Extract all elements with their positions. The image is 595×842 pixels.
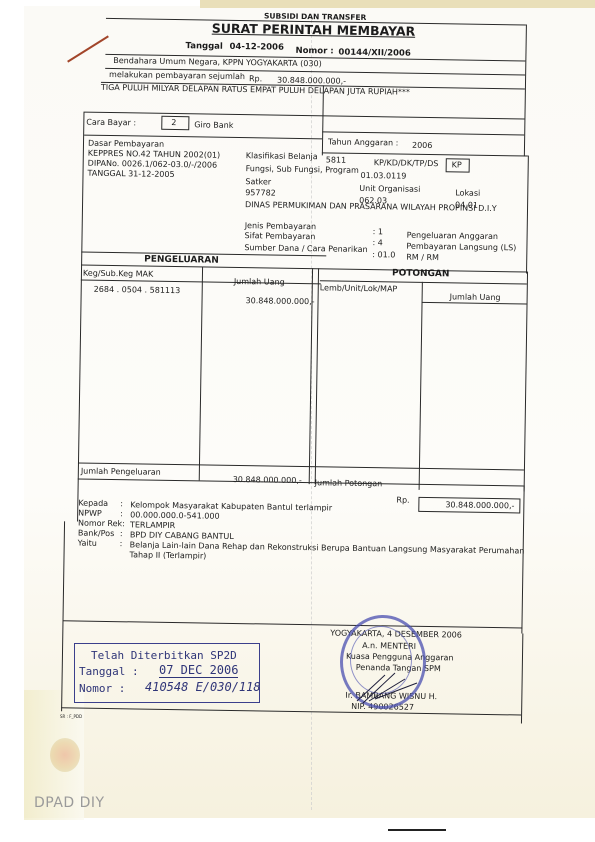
purpose-label: Yaitu bbox=[78, 539, 97, 549]
payment-type-code: : 1 bbox=[373, 227, 383, 237]
classification-type-label: KP/KD/DK/TP/DS bbox=[374, 158, 439, 169]
payment-type-desc: Pengeluaran Anggaran bbox=[407, 231, 499, 242]
currency-label: Rp. bbox=[249, 74, 262, 84]
sp2d-title: Telah Diterbitkan SP2D bbox=[91, 650, 237, 662]
purpose-sep: : bbox=[120, 539, 123, 549]
npwp-sep: : bbox=[120, 509, 123, 519]
classification-type-box: KP bbox=[446, 158, 470, 172]
border-right bbox=[521, 486, 524, 634]
expenditure-row-code: 2684 . 0504 . 581113 bbox=[94, 285, 181, 296]
date-value: 04-12-2006 bbox=[229, 42, 284, 53]
rule bbox=[62, 620, 522, 628]
payer-line: Bendahara Umum Negara, KPPN YOGYAKARTA (… bbox=[113, 56, 322, 69]
unit-label: Unit Organisasi bbox=[359, 184, 420, 195]
rule bbox=[84, 112, 524, 120]
net-amount: 30.848.000.000,- bbox=[445, 500, 514, 511]
satker-value: 957782 bbox=[245, 188, 276, 198]
rule bbox=[422, 302, 527, 305]
spm-form: SUBSIDI DAN TRANSFER SURAT PERINTAH MEMB… bbox=[0, 0, 595, 842]
column-divider bbox=[199, 266, 203, 480]
date-label: Tanggal bbox=[185, 41, 222, 52]
deductions-title: POTONGAN bbox=[392, 268, 450, 279]
archive-watermark: DPAD DIY bbox=[34, 795, 105, 811]
number-label: Nomor : bbox=[295, 46, 333, 57]
payment-nature-label: Sifat Pembayaran bbox=[244, 231, 315, 242]
classification-type-value: KP bbox=[452, 160, 462, 170]
purpose-value-line2: Tahap II (Terlampir) bbox=[129, 550, 206, 561]
expenditure-row-amount: 30.848.000.000,- bbox=[245, 296, 314, 307]
npwp-label: NPWP bbox=[78, 509, 102, 519]
rule bbox=[322, 152, 528, 156]
sp2d-stamp: Telah Diterbitkan SP2D Tanggal : 07 DEC … bbox=[74, 643, 260, 703]
form-title: SURAT PERINTAH MEMBAYAR bbox=[212, 22, 416, 39]
classification-label: Klasifikasi Belanja bbox=[246, 151, 318, 162]
payment-intro: melakukan pembayaran sejumlah bbox=[109, 70, 245, 82]
scan-edge-mark bbox=[388, 829, 446, 831]
recipient-sep: : bbox=[120, 499, 123, 509]
satker-label: Satker bbox=[245, 177, 271, 187]
payment-method-code-box: 2 bbox=[161, 116, 189, 130]
expenditure-total-label: Jumlah Pengeluaran bbox=[81, 467, 161, 478]
deductions-col-code: Lemb/Unit/Lok/MAP bbox=[320, 283, 398, 294]
expenditure-title: PENGELUARAN bbox=[144, 255, 219, 266]
border-right-top bbox=[524, 25, 527, 135]
border-right bbox=[524, 272, 528, 492]
payment-nature-desc: Pembayaran Langsung (LS) bbox=[406, 242, 516, 254]
payment-method-label: Cara Bayar : bbox=[86, 118, 136, 129]
border-right bbox=[526, 156, 529, 274]
signature-scribble bbox=[355, 665, 425, 705]
column-divider bbox=[419, 282, 423, 490]
function-label: Fungsi, Sub Fungsi, Program bbox=[246, 164, 359, 176]
fund-source-label: Sumber Dana / Cara Penarikan bbox=[244, 243, 367, 255]
location-label: Lokasi bbox=[455, 188, 480, 198]
bank-label: Bank/Pos bbox=[78, 529, 115, 540]
payment-nature-code: : 4 bbox=[372, 238, 382, 248]
fund-source-code: : 01.0 bbox=[372, 250, 395, 260]
net-amount-box: 30.848.000.000,- bbox=[418, 497, 520, 514]
basis-line: TANGGAL 31-12-2005 bbox=[87, 169, 174, 180]
border-left bbox=[77, 112, 84, 522]
function-value: 01.03.0119 bbox=[360, 171, 406, 182]
fund-source-desc: RM / RM bbox=[406, 253, 439, 264]
divider bbox=[524, 134, 525, 156]
border-left bbox=[61, 521, 65, 711]
rule bbox=[322, 131, 524, 135]
form-code: SR : F_PDD bbox=[60, 714, 82, 719]
border-right bbox=[521, 634, 523, 724]
sp2d-date-value: 07 DEC 2006 bbox=[159, 664, 238, 678]
fiscal-year-label: Tahun Anggaran : bbox=[328, 137, 398, 148]
classification-value: 5811 bbox=[326, 155, 347, 165]
expenditure-col-code: Keg/Sub.Keg MAK bbox=[83, 269, 153, 280]
divider bbox=[322, 85, 324, 155]
payment-method-code: 2 bbox=[171, 118, 176, 128]
net-currency: Rp. bbox=[396, 496, 409, 506]
fiscal-year-value: 2006 bbox=[412, 141, 433, 151]
institution-logo-icon bbox=[50, 738, 80, 772]
payment-method-name: Giro Bank bbox=[194, 120, 233, 131]
sp2d-number-label: Nomor : bbox=[79, 683, 125, 695]
sp2d-date-label: Tanggal : bbox=[79, 666, 139, 678]
sp2d-number-value: 410548 E/030/118 bbox=[145, 680, 261, 694]
border-bottom bbox=[61, 707, 521, 715]
recipient-label: Kepada bbox=[78, 499, 108, 509]
column-divider bbox=[315, 268, 319, 484]
account-value: TERLAMPIR bbox=[130, 520, 175, 531]
bank-sep: : bbox=[120, 529, 123, 539]
